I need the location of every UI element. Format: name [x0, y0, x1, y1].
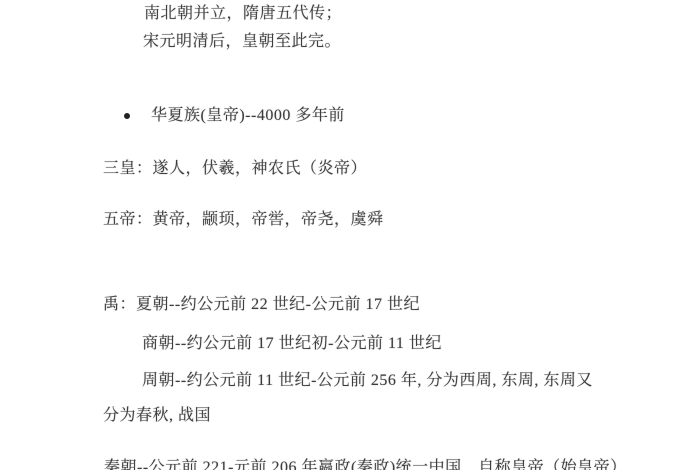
line-yu-xia-dynasty: 禹：夏朝--约公元前 22 世纪-公元前 17 世纪	[103, 296, 420, 313]
document-page: 南北朝并立，隋唐五代传； 宋元明清后，皇朝至此完。 华夏族(皇帝)--4000 …	[0, 0, 700, 470]
line-three-sovereigns: 三皇：遂人，伏羲，神农氏（炎帝）	[103, 160, 367, 177]
poem-line-2: 宋元明清后，皇朝至此完。	[143, 33, 341, 50]
line-qin-dynasty-clipped: 秦朝--公元前 221-元前 206 年嬴政(秦政)统一中国，自称皇帝（始皇帝）	[104, 459, 627, 470]
line-shang-dynasty: 商朝--约公元前 17 世纪初-公元前 11 世纪	[142, 335, 442, 352]
bullet-icon	[124, 113, 130, 119]
line-zhou-dynasty-wrap: 分为春秋, 战国	[103, 407, 211, 424]
bullet-item-huaxia: 华夏族(皇帝)--4000 多年前	[151, 107, 345, 124]
poem-line-1: 南北朝并立，隋唐五代传；	[144, 5, 342, 22]
line-five-emperors: 五帝：黄帝，颛顼，帝喾，帝尧，虞舜	[103, 211, 384, 228]
line-zhou-dynasty: 周朝--约公元前 11 世纪-公元前 256 年, 分为西周, 东周, 东周又	[142, 372, 593, 389]
